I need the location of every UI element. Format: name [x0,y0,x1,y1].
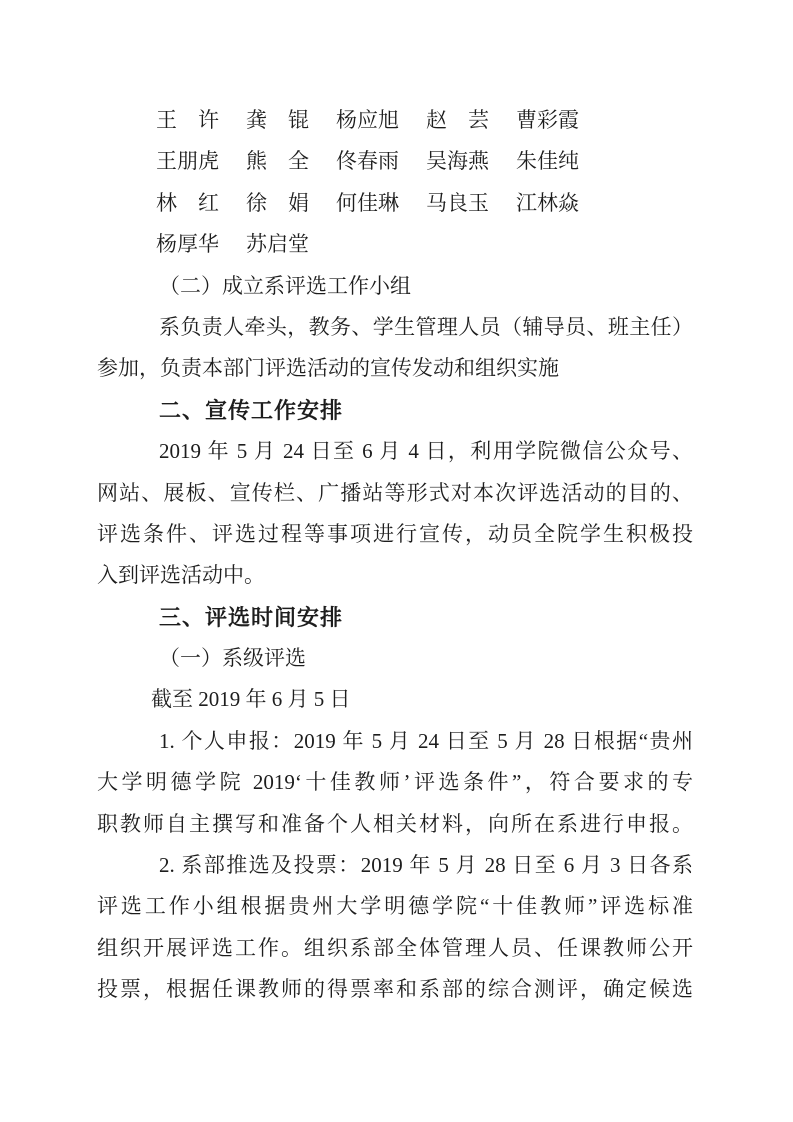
person-name: 江林焱 [516,183,579,224]
person-name: 徐 娟 [246,183,309,224]
text-line: 大学明德学院 2019‘十佳教师’评选条件”，符合要求的专 [97,762,693,803]
person-name: 龚 锟 [246,100,309,141]
person-name: 林 红 [156,183,219,224]
names-row: 王朋虎熊 全佟春雨吴海燕朱佳纯 [97,141,693,182]
names-row: 杨厚华苏启堂 [97,224,693,265]
person-name: 朱佳纯 [516,141,579,182]
document-body: 王 许龚 锟杨应旭赵 芸曹彩霞王朋虎熊 全佟春雨吴海燕朱佳纯林 红徐 娟何佳琳马… [97,100,693,1011]
text-line: 参加，负责本部门评选活动的宣传发动和组织实施 [97,348,693,389]
names-row: 林 红徐 娟何佳琳马良玉江林焱 [97,183,693,224]
text-line: 投票，根据任课教师的得票率和系部的综合测评，确定候选 [97,969,693,1010]
person-name: 吴海燕 [426,141,489,182]
person-name: 王朋虎 [156,141,219,182]
person-name: 曹彩霞 [516,100,579,141]
document-page: 王 许龚 锟杨应旭赵 芸曹彩霞王朋虎熊 全佟春雨吴海燕朱佳纯林 红徐 娟何佳琳马… [0,0,793,1122]
person-name: 苏启堂 [246,224,309,265]
person-name: 赵 芸 [426,100,489,141]
text-line: 评选条件、评选过程等事项进行宣传，动员全院学生积极投 [97,514,693,555]
person-name: 王 许 [156,100,219,141]
text-line: （二）成立系评选工作小组 [97,266,693,307]
names-row: 王 许龚 锟杨应旭赵 芸曹彩霞 [97,100,693,141]
text-line: 系负责人牵头，教务、学生管理人员（辅导员、班主任） [97,307,693,348]
person-name: 何佳琳 [336,183,399,224]
text-line: 评选工作小组根据贵州大学明德学院“十佳教师”评选标准 [97,886,693,927]
text-line: 2019 年 5 月 24 日至 6 月 4 日，利用学院微信公众号、 [97,431,693,472]
text-line: 职教师自主撰写和准备个人相关材料，向所在系进行申报。 [97,804,693,845]
text-line: （一）系级评选 [97,638,693,679]
text-line: 组织开展评选工作。组织系部全体管理人员、任课教师公开 [97,928,693,969]
text-line: 网站、展板、宣传栏、广播站等形式对本次评选活动的目的、 [97,473,693,514]
section-heading: 二、宣传工作安排 [97,390,693,431]
person-name: 熊 全 [246,141,309,182]
text-line: 入到评选活动中。 [97,555,693,596]
text-line: 截至 2019 年 6 月 5 日 [97,679,693,720]
text-line: 1. 个人申报：2019 年 5 月 24 日至 5 月 28 日根据“贵州 [97,721,693,762]
person-name: 佟春雨 [336,141,399,182]
person-name: 马良玉 [426,183,489,224]
text-line: 2. 系部推选及投票：2019 年 5 月 28 日至 6 月 3 日各系 [97,845,693,886]
person-name: 杨厚华 [156,224,219,265]
section-heading: 三、评选时间安排 [97,597,693,638]
person-name: 杨应旭 [336,100,399,141]
